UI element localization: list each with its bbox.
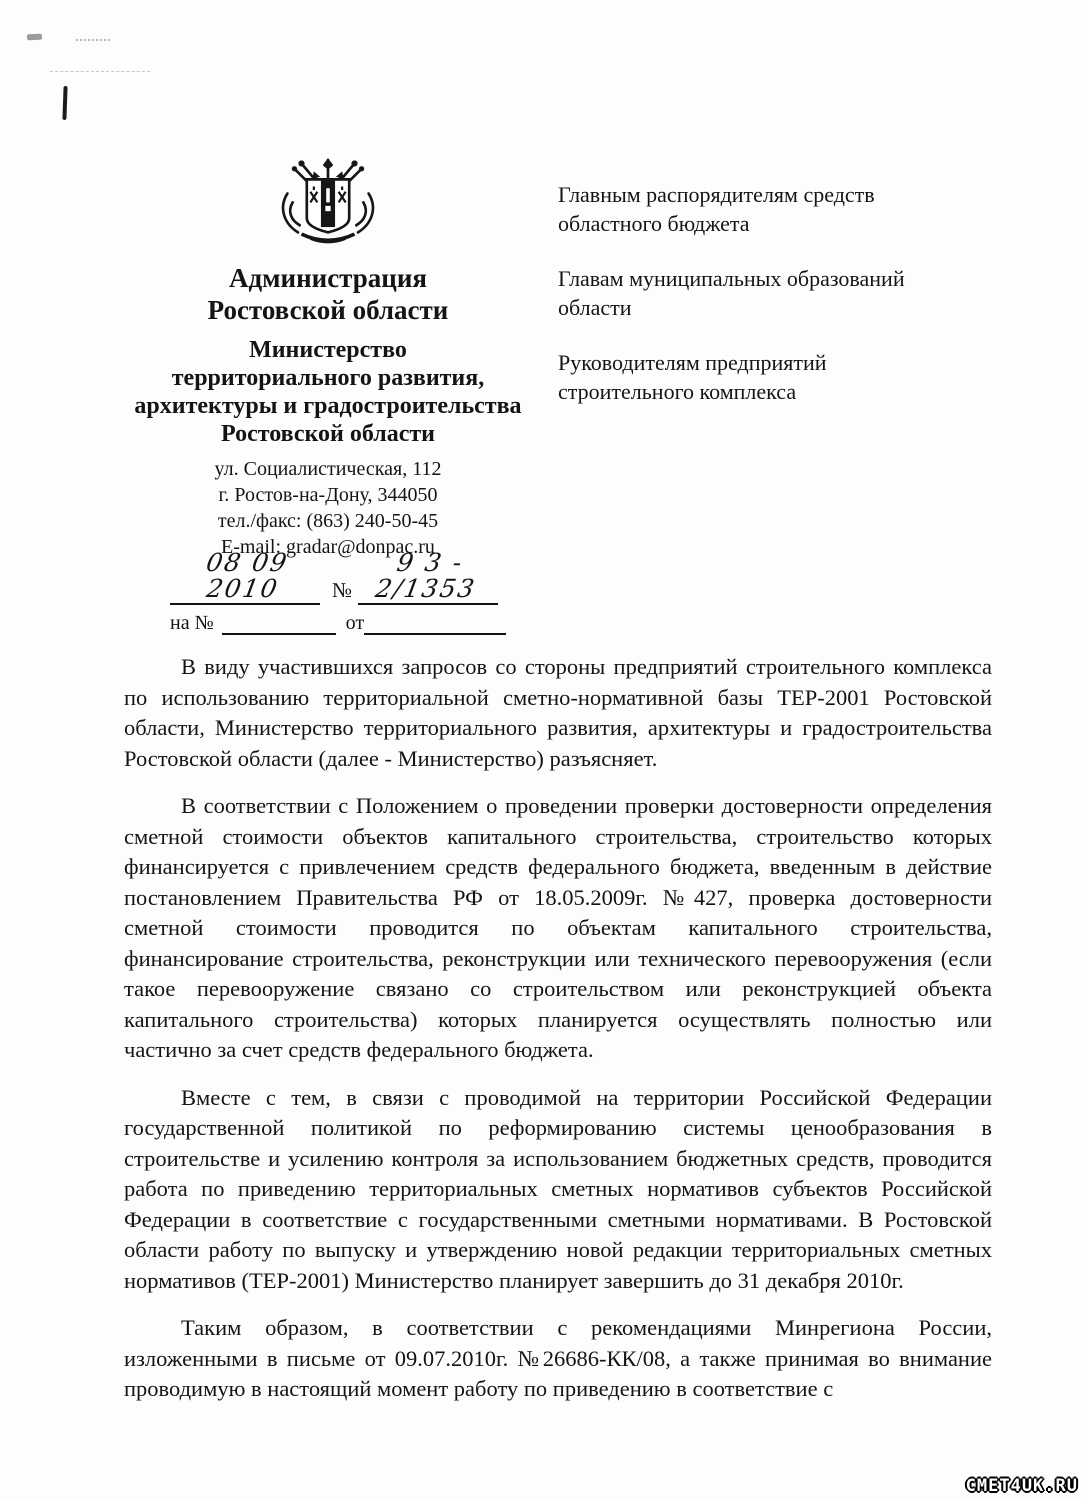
letterhead-left-column: Администрация Ростовской области Министе…	[112, 156, 544, 560]
addressee-municipal-heads: Главам муниципальных образований области	[558, 264, 988, 322]
body-paragraph-1: В виду участившихся запросов со стороны …	[124, 652, 992, 774]
reference-row-date-number: 08 09 2010 № 9 3 - 2/1353	[170, 550, 510, 605]
reply-from-label: от	[346, 612, 364, 635]
reply-from-blank	[364, 609, 506, 635]
body-paragraph-3: Вместе с тем, в связи с проводимой на те…	[124, 1083, 992, 1297]
reference-row-reply: на № от	[170, 609, 510, 635]
handwritten-date: 08 09 2010	[165, 550, 324, 602]
addressee-construction-directors: Руководителям предприятий строительного …	[558, 348, 988, 406]
reference-block: 08 09 2010 № 9 3 - 2/1353 на № от	[170, 550, 510, 635]
address-block: ул. Социалистическая, 112 г. Ростов-на-Д…	[112, 456, 544, 560]
scan-artifact-stroke	[62, 86, 67, 120]
addressee-budget-managers: Главным распорядителям средств областног…	[558, 180, 988, 238]
site-watermark: CMET4UK.RU	[966, 1476, 1078, 1496]
addressees-column: Главным распорядителям средств областног…	[558, 180, 988, 406]
date-field: 08 09 2010	[170, 550, 320, 605]
scan-artifact-dots	[76, 39, 110, 45]
body-paragraph-4: Таким образом, в соответствии с рекоменд…	[124, 1313, 992, 1405]
scan-artifact-blob	[27, 34, 42, 41]
reply-number-label: на №	[170, 612, 214, 635]
scan-artifact-dashline	[50, 71, 150, 74]
scanned-letter-page: Администрация Ростовской области Министе…	[0, 0, 1086, 1500]
letter-body: В виду участившихся запросов со стороны …	[124, 652, 992, 1405]
organization-name: Администрация Ростовской области	[112, 262, 544, 326]
number-field: 9 3 - 2/1353	[358, 550, 498, 605]
number-sign-label: №	[332, 578, 352, 603]
rostov-oblast-coat-of-arms-icon	[275, 156, 381, 254]
body-paragraph-2: В соответствии с Положением о проведении…	[124, 791, 992, 1066]
handwritten-number: 9 3 - 2/1353	[353, 550, 502, 602]
ministry-name: Министерство территориального развития, …	[112, 336, 544, 448]
reply-number-blank	[222, 609, 336, 635]
